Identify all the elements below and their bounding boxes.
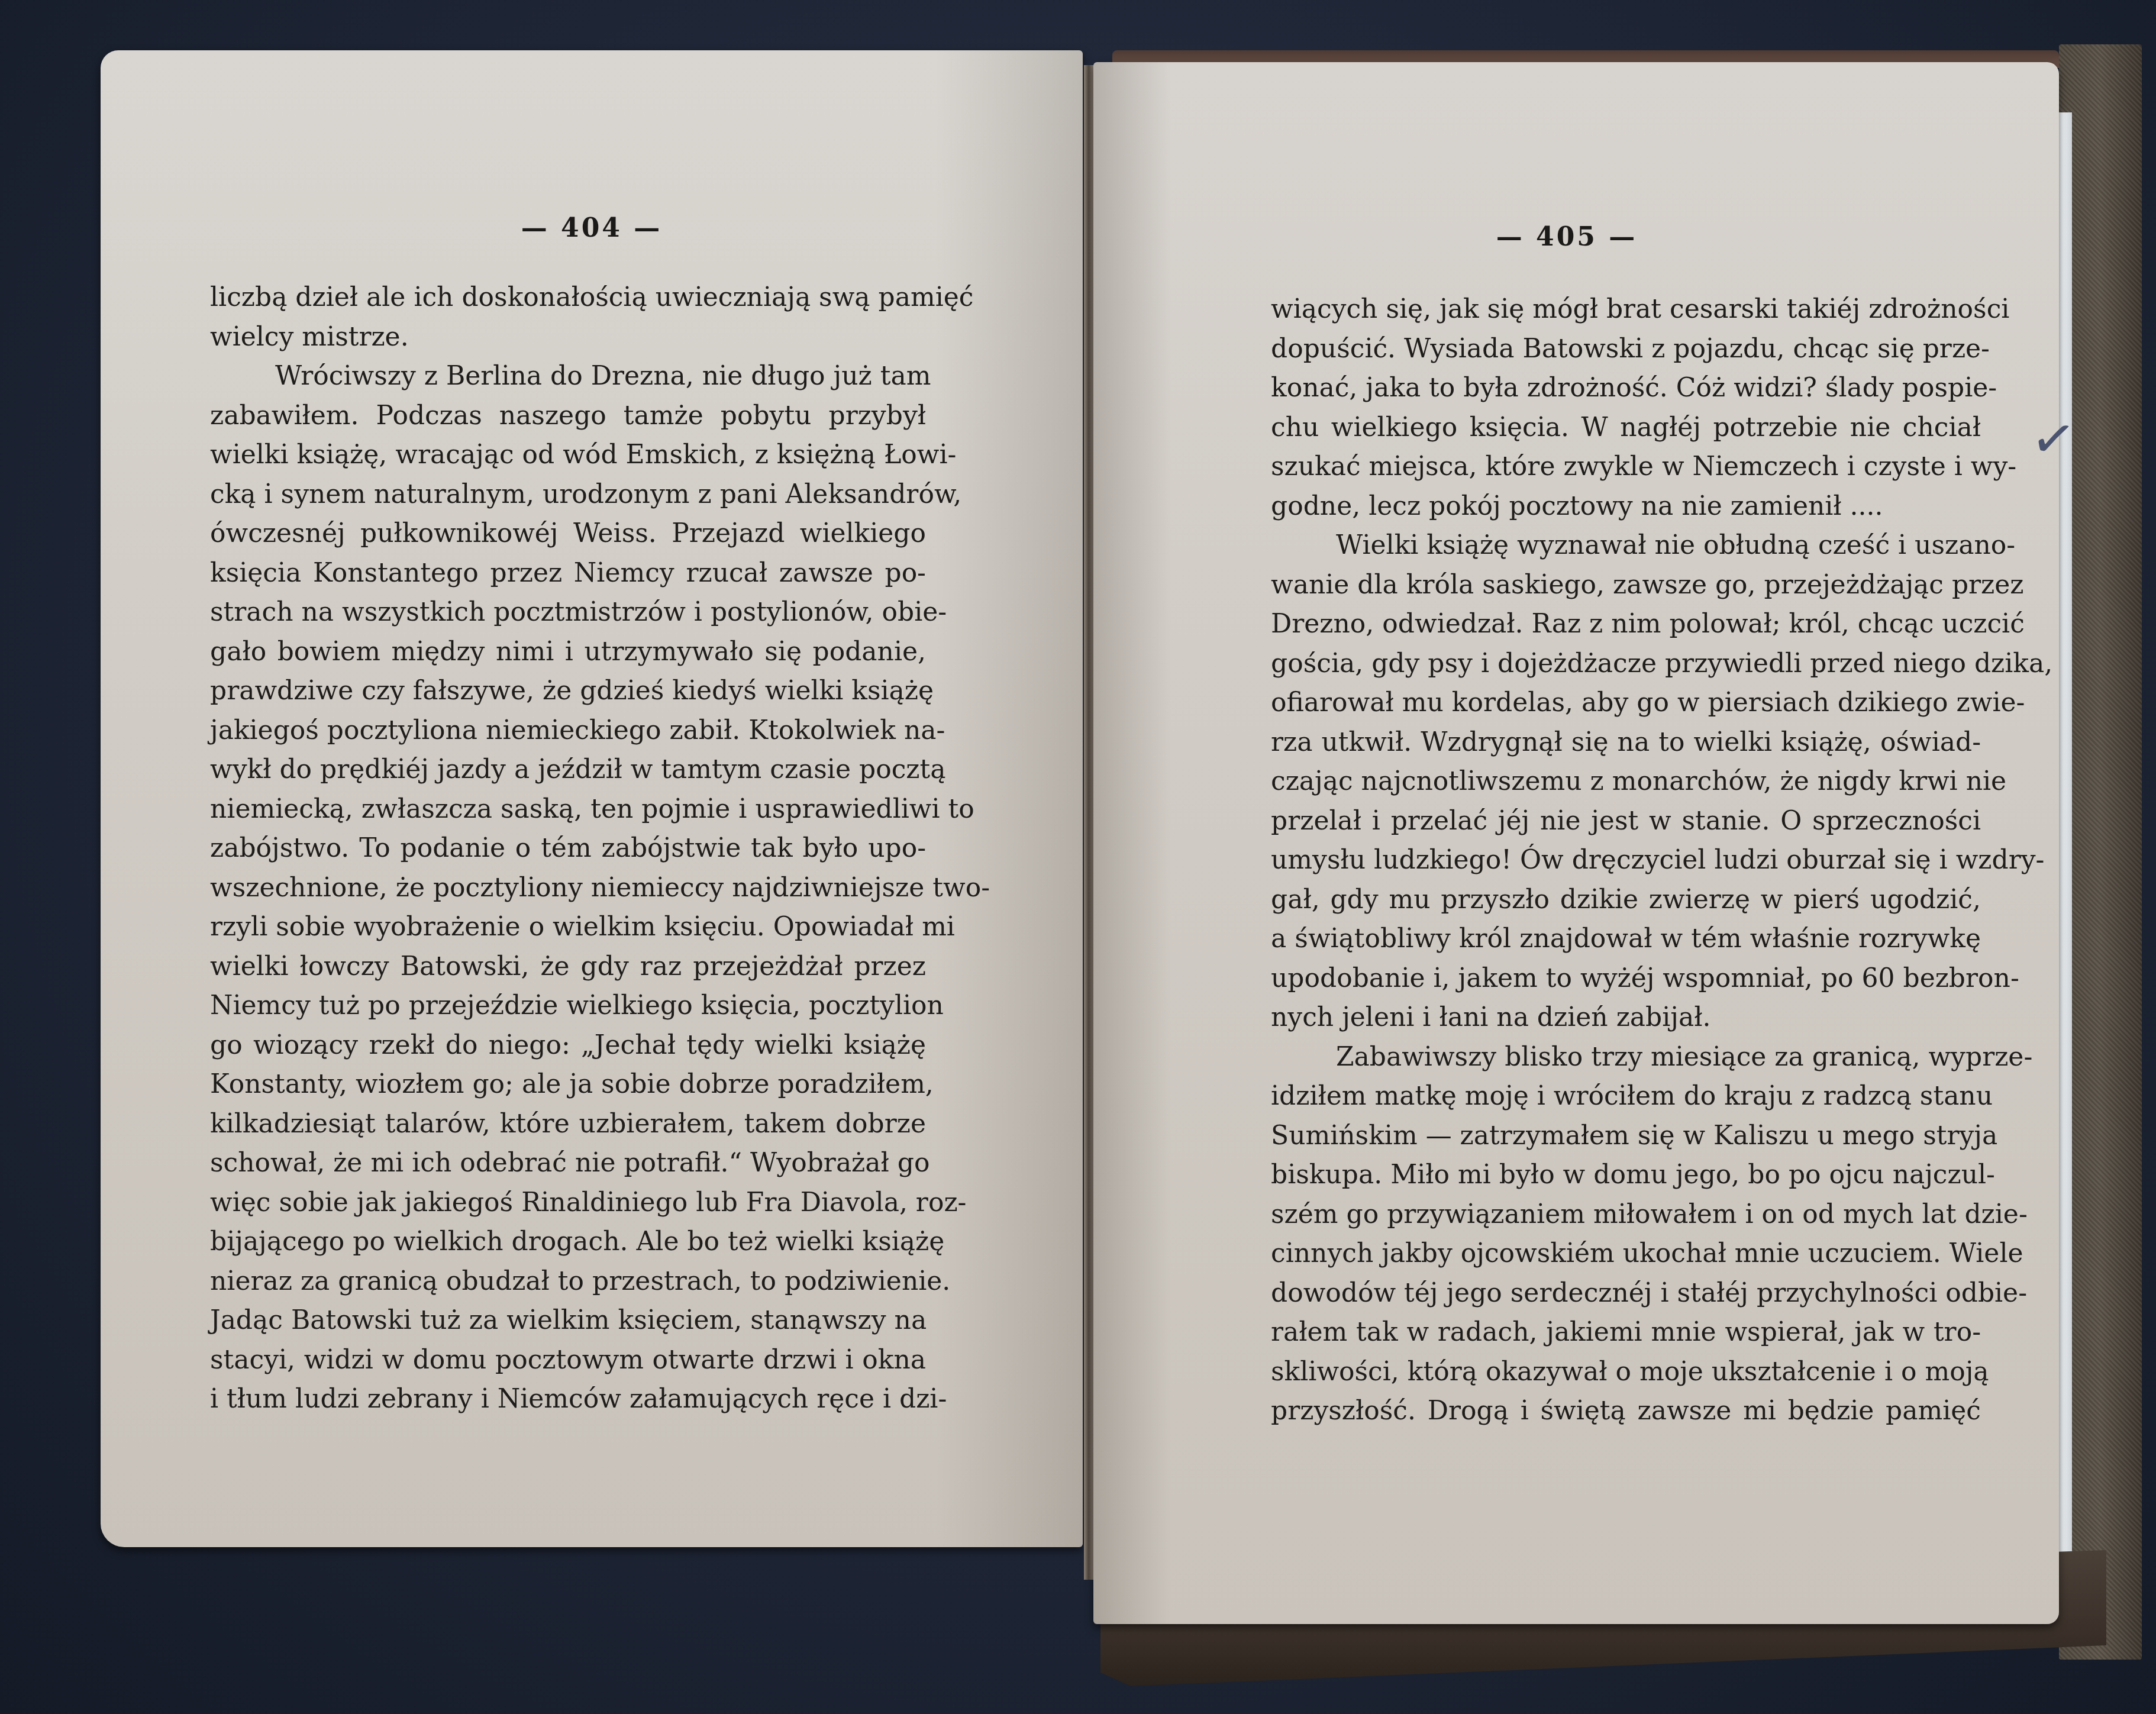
text-line: Drezno, odwiedzał. Raz z nim polował; kr… xyxy=(1271,605,1981,644)
text-line: ofiarował mu kordelas, aby go w piersiac… xyxy=(1271,683,1981,723)
page-number-left: — 404 — xyxy=(414,213,769,243)
text-line: chu wielkiego księcia. W nagłéj potrzebi… xyxy=(1271,408,1981,448)
text-line: Sumińskim — zatrzymałem się w Kaliszu u … xyxy=(1271,1116,1981,1156)
text-line: cinnych jakby ojcowskiém ukochał mnie uc… xyxy=(1271,1234,1981,1274)
text-line: wiących się, jak się mógł brat cesarski … xyxy=(1271,290,1981,330)
text-line: nieraz za granicą obudzał to przestrach,… xyxy=(210,1262,926,1302)
pencil-checkmark-icon: ✓ xyxy=(2027,405,2080,473)
text-line: czając najcnotliwszemu z monarchów, że n… xyxy=(1271,762,1981,802)
text-line: wielki książę, wracając od wód Emskich, … xyxy=(210,435,926,475)
text-line: Wróciwszy z Berlina do Drezna, nie długo… xyxy=(210,357,926,396)
text-line: strach na wszystkich pocztmistrzów i pos… xyxy=(210,593,926,632)
text-line: umysłu ludzkiego! Ów dręczyciel ludzi ob… xyxy=(1271,841,1981,880)
book-gutter xyxy=(1084,65,1093,1580)
right-page: — 405 — wiących się, jak się mógł brat c… xyxy=(1093,62,2059,1624)
text-line: Niemcy tuż po przejeździe wielkiego księ… xyxy=(210,986,926,1026)
text-line: księcia Konstantego przez Niemcy rzucał … xyxy=(210,554,926,593)
text-line: więc sobie jak jakiegoś Rinaldiniego lub… xyxy=(210,1183,926,1223)
text-line: skliwości, którą okazywał o moje ukształ… xyxy=(1271,1353,1981,1392)
text-line: rałem tak w radach, jakiemi mnie wspiera… xyxy=(1271,1313,1981,1353)
text-line: Zabawiwszy blisko trzy miesiące za grani… xyxy=(1271,1038,1981,1077)
text-line: niemiecką, zwłaszcza saską, ten pojmie i… xyxy=(210,790,926,829)
text-line: liczbą dzieł ale ich doskonałością uwiec… xyxy=(210,278,926,318)
text-line: dopuścić. Wysiada Batowski z pojazdu, ch… xyxy=(1271,330,1981,369)
text-line: gało bowiem między nimi i utrzymywało si… xyxy=(210,632,926,672)
text-line: gał, gdy mu przyszło dzikie zwierzę w pi… xyxy=(1271,880,1981,920)
left-page-text: liczbą dzieł ale ich doskonałością uwiec… xyxy=(210,278,926,1419)
text-line: szém go przywiązaniem miłowałem i on od … xyxy=(1271,1195,1981,1235)
text-line: Wielki książę wyznawał nie obłudną cześć… xyxy=(1271,526,1981,566)
text-line: upodobanie i, jakem to wyżéj wspomniał, … xyxy=(1271,959,1981,999)
text-line: cką i synem naturalnym, urodzonym z pani… xyxy=(210,475,926,515)
text-line: nych jeleni i łani na dzień zabijał. xyxy=(1271,998,1981,1038)
text-line: zabójstwo. To podanie o tém zabójstwie t… xyxy=(210,829,926,869)
text-line: a świątobliwy król znajdował w tém właśn… xyxy=(1271,919,1981,959)
text-line: wielki łowczy Batowski, że gdy raz przej… xyxy=(210,947,926,987)
text-line: szukać miejsca, które zwykle w Niemczech… xyxy=(1271,447,1981,487)
text-line: Konstanty, wiozłem go; ale ja sobie dobr… xyxy=(210,1065,926,1105)
text-line: przyszłość. Drogą i świętą zawsze mi będ… xyxy=(1271,1392,1981,1431)
text-line: wykł do prędkiéj jazdy a jeździł w tamty… xyxy=(210,750,926,790)
text-line: idziłem matkę moję i wróciłem do kraju z… xyxy=(1271,1077,1981,1116)
text-line: zabawiłem. Podczas naszego tamże pobytu … xyxy=(210,396,926,436)
left-page: — 404 — liczbą dzieł ale ich doskonałośc… xyxy=(101,50,1083,1547)
open-book: — 404 — liczbą dzieł ale ich doskonałośc… xyxy=(0,0,2156,1714)
right-page-text: wiących się, jak się mógł brat cesarski … xyxy=(1271,290,1981,1431)
text-line: godne, lecz pokój pocztowy na nie zamien… xyxy=(1271,487,1981,527)
text-line: go wiozący rzekł do niego: „Jechał tędy … xyxy=(210,1026,926,1066)
text-line: jakiegoś pocztyliona niemieckiego zabił.… xyxy=(210,711,926,751)
text-line: wszechnione, że pocztyliony niemieccy na… xyxy=(210,869,926,908)
text-line: kilkadziesiąt talarów, które uzbierałem,… xyxy=(210,1105,926,1144)
text-line: wanie dla króla saskiego, zawsze go, prz… xyxy=(1271,566,1981,605)
text-line: przelał i przelać jéj nie jest w stanie.… xyxy=(1271,802,1981,841)
page-number-right: — 405 — xyxy=(1389,222,1744,252)
text-line: gościa, gdy psy i dojeżdżacze przywiedli… xyxy=(1271,644,1981,684)
text-line: dowodów téj jego serdecznéj i stałéj prz… xyxy=(1271,1274,1981,1313)
text-line: rza utkwił. Wzdrygnął się na to wielki k… xyxy=(1271,723,1981,763)
text-line: ówczesnéj pułkownikowéj Weiss. Przejazd … xyxy=(210,514,926,554)
text-line: rzyli sobie wyobrażenie o wielkim księci… xyxy=(210,908,926,947)
text-line: stacyi, widzi w domu pocztowym otwarte d… xyxy=(210,1341,926,1380)
text-line: wielcy mistrze. xyxy=(210,318,926,357)
text-line: konać, jaka to była zdrożność. Cóż widzi… xyxy=(1271,369,1981,408)
text-line: bijającego po wielkich drogach. Ale bo t… xyxy=(210,1222,926,1262)
text-line: i tłum ludzi zebrany i Niemców załamując… xyxy=(210,1380,926,1419)
text-line: biskupa. Miło mi było w domu jego, bo po… xyxy=(1271,1155,1981,1195)
text-line: Jadąc Batowski tuż za wielkim księciem, … xyxy=(210,1301,926,1341)
text-line: schował, że mi ich odebrać nie potrafił.… xyxy=(210,1144,926,1183)
text-line: prawdziwe czy fałszywe, że gdzieś kiedyś… xyxy=(210,672,926,711)
